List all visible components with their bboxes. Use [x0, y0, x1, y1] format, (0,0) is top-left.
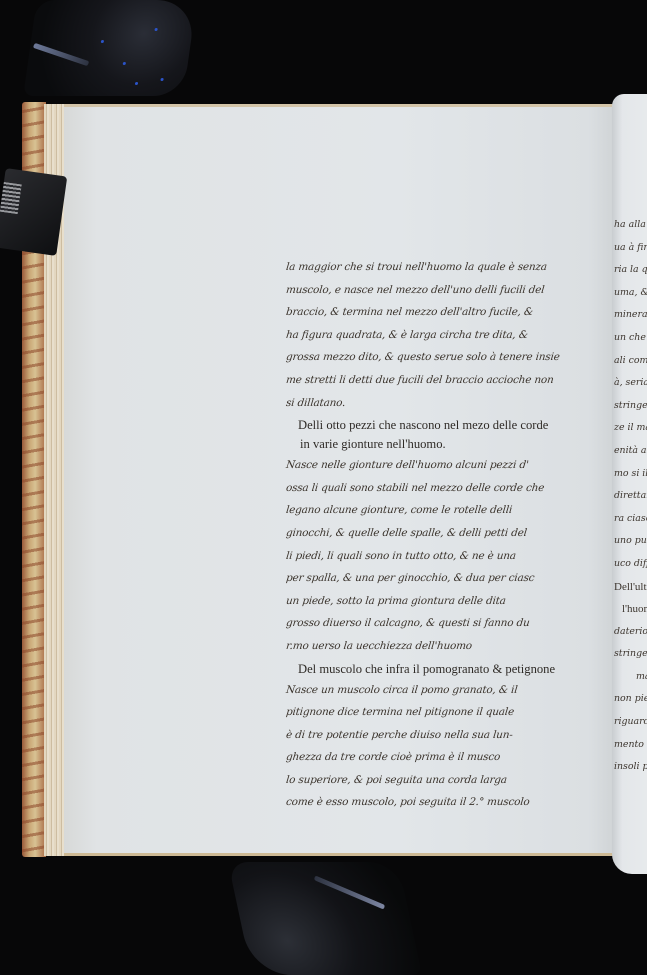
section-heading: Del muscolo che infra il pomogranato & p… [286, 660, 611, 679]
text-line: come è esso muscolo, poi seguita il 2.° … [285, 791, 612, 814]
text-line: un piede, sotto la prima giontura delle … [285, 590, 612, 613]
text-line: si dillatano. [285, 392, 612, 415]
text-line: ghezza da tre corde cioè prima è il musc… [285, 746, 612, 769]
text-line: Nasce nelle gionture dell'huomo alcuni p… [285, 454, 612, 477]
text-line: ossa li quali sono stabili nel mezzo del… [285, 477, 612, 500]
text-line: me stretti li detti due fucili del bracc… [285, 369, 612, 392]
facing-page-text: ha alla di p ua à fine ria la qua uma, &… [614, 214, 647, 779]
paragraph-1: la maggior che si troui nell'huomo la qu… [286, 256, 611, 414]
text-line: Nasce un muscolo circa il pomo granato, … [285, 679, 612, 702]
text-line: è di tre potentie perche diuiso nella su… [285, 724, 612, 747]
left-book-clamp [0, 168, 67, 256]
text-line: lo superiore, & poi seguita una corda la… [285, 769, 612, 792]
manuscript-text: la maggior che si troui nell'huomo la qu… [286, 256, 611, 814]
text-line: pitignone dice termina nel pitignone il … [285, 701, 612, 724]
text-line: legano alcune gionture, come le rotelle … [285, 499, 612, 522]
bottom-book-clamp [228, 862, 422, 975]
text-line: ginocchi, & quelle delle spalle, & delli… [285, 522, 612, 545]
paragraph-3: Nasce un muscolo circa il pomo granato, … [286, 679, 611, 815]
clamp-highlight-dot [135, 82, 138, 85]
facing-page-edge: ha alla di p ua à fine ria la qua uma, &… [612, 94, 647, 874]
paragraph-2: Nasce nelle gionture dell'huomo alcuni p… [286, 454, 611, 657]
clamp-highlight-dot [154, 28, 157, 31]
section-heading: Delli otto pezzi che nascono nel mezo de… [286, 416, 611, 435]
photo-scene: ha alla di p ua à fine ria la qua uma, &… [0, 0, 647, 975]
text-line: per spalla, & una per ginocchio, & dua p… [285, 567, 612, 590]
clamp-teeth [0, 182, 22, 214]
clamp-highlight-dot [123, 62, 126, 65]
section-heading: in varie gionture nell'huomo. [286, 435, 611, 454]
text-line: ha figura quadrata, & è larga circha tre… [285, 324, 612, 347]
text-line: grosso diuerso il calcagno, & questi si … [285, 612, 612, 635]
text-line: muscolo, e nasce nel mezzo dell'uno dell… [285, 279, 612, 302]
text-line: li piedi, li quali sono in tutto otto, &… [285, 545, 612, 568]
text-line: r.mo uerso la uecchiezza dell'huomo [285, 635, 612, 658]
text-line: braccio, & termina nel mezzo dell'altro … [285, 301, 612, 324]
top-book-clamp [23, 0, 196, 96]
clamp-highlight-dot [160, 78, 163, 81]
clamp-blade [314, 875, 385, 909]
text-line: la maggior che si troui nell'huomo la qu… [285, 256, 612, 279]
clamp-blade [33, 43, 90, 66]
text-line: grossa mezzo dito, & questo serue solo à… [285, 346, 612, 369]
clamp-highlight-dot [101, 40, 104, 43]
